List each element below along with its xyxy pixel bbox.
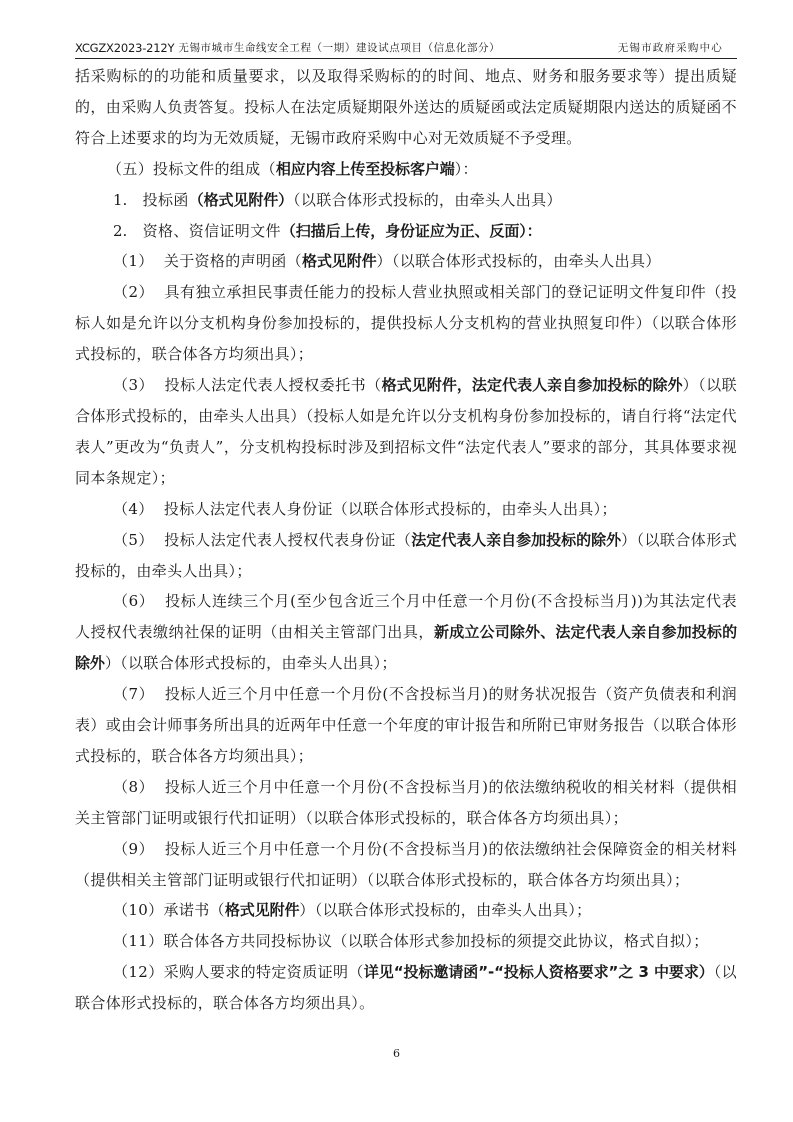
project-title: 无锡市城市生命线安全工程（一期）建设试点项目（信息化部分） — [178, 41, 500, 55]
sub-item-3: （3） 投标人法定代表人授权委托书（格式见附件，法定代表人亲自参加投标的除外）（… — [75, 370, 737, 494]
sub-item-2: （2） 具有独立承担民事责任能力的投标人营业执照或相关部门的登记证明文件复印件（… — [75, 277, 737, 370]
document-body: 括采购标的的功能和质量要求，以及取得采购标的的时间、地点、财务和服务要求等）提出… — [75, 61, 737, 1019]
sub-10-bold: 格式见附件 — [225, 901, 300, 919]
sub-2-number: （2） — [113, 283, 154, 301]
section-5-heading: （五）投标文件的组成（相应内容上传至投标客户端）： — [75, 154, 737, 185]
sub-10-label: 承诺书（ — [164, 901, 225, 919]
sub-8-text: 投标人近三个月中任意一个月份(不含投标当月)的依法缴纳税收的相关材料（提供相关主… — [75, 778, 737, 827]
sub-2-text: 具有独立承担民事责任能力的投标人营业执照或相关部门的登记证明文件复印件（投标人如… — [75, 283, 737, 363]
sub-7-text: 投标人近三个月中任意一个月份(不含投标当月)的财务状况报告（资产负债表和利润表）… — [75, 685, 737, 765]
sub-12-bold: 详见“投标邀请函”-“投标人资格要求”之 3 中要求） — [364, 963, 714, 981]
section-5-suffix: ）： — [455, 160, 478, 178]
sub-1-suffix: ）（以联合体形式投标的，由牵头人出具） — [377, 252, 661, 270]
sub-3-label: 投标人法定代表人授权委托书（ — [165, 376, 382, 394]
sub-10-number: （10） — [113, 901, 164, 919]
item-2-bold: （扫描后上传，身份证应为正、反面）： — [281, 222, 542, 240]
sub-10-suffix: ）（以联合体形式投标的，由牵头人出具）； — [299, 901, 591, 919]
document-code: XCGZX2023-212Y — [75, 41, 174, 55]
sub-1-number: （1） — [113, 252, 154, 270]
sub-4-number: （4） — [113, 500, 154, 518]
item-1-number: 1. — [113, 191, 127, 209]
sub-7-number: （7） — [113, 685, 154, 703]
item-1-label: 投标函 — [143, 191, 189, 209]
sub-1-label: 关于资格的声明函（ — [164, 252, 302, 270]
list-item-1: 1. 投标函（格式见附件）（以联合体形式投标的，由牵头人出具） — [75, 185, 737, 216]
sub-item-7: （7） 投标人近三个月中任意一个月份(不含投标当月)的财务状况报告（资产负债表和… — [75, 679, 737, 772]
sub-5-bold: 法定代表人亲自参加投标的除外 — [411, 531, 621, 549]
sub-4-text: 投标人法定代表人身份证（以联合体形式投标的，由牵头人出具）； — [164, 500, 617, 518]
list-item-2: 2. 资格、资信证明文件（扫描后上传，身份证应为正、反面）： — [75, 216, 737, 247]
sub-6-number: （6） — [113, 592, 154, 610]
sub-item-5: （5） 投标人法定代表人授权代表身份证（法定代表人亲自参加投标的除外）（以联合体… — [75, 525, 737, 587]
sub-item-11: （11）联合体各方共同投标协议（以联合体形式参加投标的须提交此协议，格式自拟）； — [75, 926, 737, 957]
sub-12-number: （12） — [113, 963, 164, 981]
sub-item-10: （10）承诺书（格式见附件）（以联合体形式投标的，由牵头人出具）； — [75, 895, 737, 926]
page-number: 6 — [0, 1047, 793, 1060]
sub-6-suffix: ）（以联合体形式投标的，由牵头人出具）； — [105, 654, 397, 672]
sub-item-12: （12）采购人要求的特定资质证明（详见“投标邀请函”-“投标人资格要求”之 3 … — [75, 957, 737, 1019]
sub-5-number: （5） — [113, 531, 154, 549]
sub-1-bold: 格式见附件 — [302, 252, 377, 270]
page-header: XCGZX2023-212Y 无锡市城市生命线安全工程（一期）建设试点项目（信息… — [75, 40, 737, 59]
sub-item-6: （6） 投标人连续三个月(至少包含近三个月中任意一个月份(不含投标当月))为其法… — [75, 586, 737, 679]
item-2-number: 2. — [113, 222, 127, 240]
section-5-bold: 相应内容上传至投标客户端 — [276, 160, 455, 178]
sub-5-label: 投标人法定代表人授权代表身份证（ — [164, 531, 411, 549]
sub-11-text: 联合体各方共同投标协议（以联合体形式参加投标的须提交此协议，格式自拟）； — [164, 932, 709, 950]
organization-name: 无锡市政府采购中心 — [618, 41, 723, 55]
sub-3-bold: 格式见附件，法定代表人亲自参加投标的除外 — [382, 376, 683, 394]
section-5-label: （五）投标文件的组成（ — [107, 160, 276, 178]
sub-item-9: （9） 投标人近三个月中任意一个月份(不含投标当月)的依法缴纳社会保障资金的相关… — [75, 834, 737, 896]
sub-item-4: （4） 投标人法定代表人身份证（以联合体形式投标的，由牵头人出具）； — [75, 494, 737, 525]
sub-11-number: （11） — [113, 932, 164, 950]
sub-3-number: （3） — [113, 376, 154, 394]
sub-item-1: （1） 关于资格的声明函（格式见附件）（以联合体形式投标的，由牵头人出具） — [75, 246, 737, 277]
header-left: XCGZX2023-212Y 无锡市城市生命线安全工程（一期）建设试点项目（信息… — [75, 41, 500, 55]
item-1-bold: （格式见附件） — [189, 191, 293, 209]
sub-9-text: 投标人近三个月中任意一个月份(不含投标当月)的依法缴纳社会保障资金的相关材料（提… — [75, 840, 737, 889]
sub-9-number: （9） — [113, 840, 154, 858]
item-1-suffix: （以联合体形式投标的，由牵头人出具） — [293, 191, 562, 209]
item-2-label: 资格、资信证明文件 — [143, 222, 281, 240]
sub-8-number: （8） — [113, 778, 154, 796]
sub-item-8: （8） 投标人近三个月中任意一个月份(不含投标当月)的依法缴纳税收的相关材料（提… — [75, 772, 737, 834]
sub-12-label: 采购人要求的特定资质证明（ — [164, 963, 364, 981]
intro-paragraph: 括采购标的的功能和质量要求，以及取得采购标的的时间、地点、财务和服务要求等）提出… — [75, 61, 737, 154]
